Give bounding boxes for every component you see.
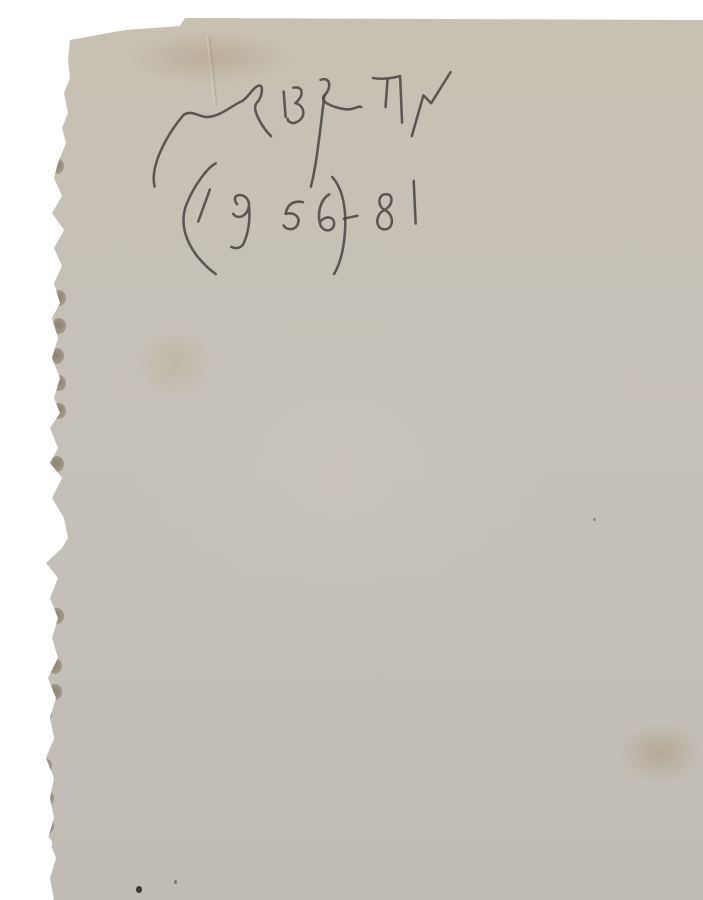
perforation-hole bbox=[52, 375, 66, 391]
handwriting-strokes bbox=[140, 55, 470, 295]
perforation-hole bbox=[50, 348, 64, 364]
perforation-hole bbox=[52, 318, 66, 334]
ink-speck bbox=[593, 518, 596, 521]
perforation-hole bbox=[50, 158, 64, 174]
ink-speck bbox=[174, 880, 177, 884]
pencil-handwriting: ძველი 15 MT (1956)-81 bbox=[140, 55, 470, 295]
perforation-hole bbox=[40, 730, 54, 746]
perforation-hole bbox=[38, 758, 52, 774]
perforation-hole bbox=[52, 290, 66, 306]
perforation-hole bbox=[48, 658, 62, 674]
perforation-hole bbox=[38, 856, 52, 872]
perforation-hole bbox=[38, 836, 52, 852]
perforation-hole bbox=[40, 818, 54, 834]
perforation-hole bbox=[52, 403, 66, 419]
perforation-hole bbox=[40, 790, 54, 806]
perforation-hole bbox=[48, 684, 62, 700]
ink-speck bbox=[136, 886, 142, 893]
perforation-hole bbox=[50, 608, 64, 624]
perforation-hole bbox=[38, 706, 52, 722]
perforation-hole bbox=[50, 456, 64, 472]
